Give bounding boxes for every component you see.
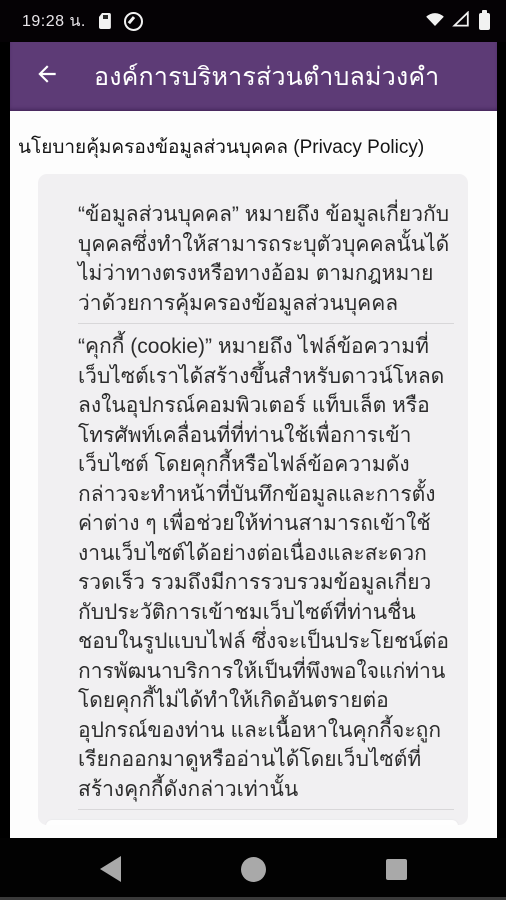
android-nav-bar bbox=[0, 838, 506, 900]
app-bar: องค์การบริหารส่วนตำบลม่วงคำ bbox=[10, 42, 497, 111]
sim-card-icon bbox=[99, 13, 111, 29]
phone-frame: 19:28 น. องค์การบริหารส่วนตำบลม่วงคำ นโย… bbox=[0, 0, 506, 900]
page-title: องค์การบริหารส่วนตำบลม่วงคำ bbox=[94, 57, 439, 97]
nav-back-button[interactable] bbox=[95, 852, 125, 886]
policy-paragraph: “คุกกี้ (cookie)” หมายถึง ไฟล์ข้อความที่… bbox=[78, 332, 454, 810]
arrow-left-icon bbox=[34, 61, 60, 92]
status-bar: 19:28 น. bbox=[0, 0, 506, 42]
nav-recents-button[interactable] bbox=[381, 852, 411, 886]
home-circle-icon bbox=[241, 857, 266, 882]
back-triangle-icon bbox=[100, 856, 121, 882]
back-button[interactable] bbox=[30, 60, 64, 94]
cell-signal-icon bbox=[452, 11, 470, 32]
policy-text-card[interactable]: “ข้อมูลส่วนบุคคล” หมายถึง ข้อมูลเกี่ยวกั… bbox=[38, 174, 468, 825]
wifi-icon bbox=[425, 11, 445, 32]
status-bar-left: 19:28 น. bbox=[22, 9, 143, 34]
content-area: นโยบายคุ้มครองข้อมูลส่วนบุคคล (Privacy P… bbox=[10, 111, 497, 838]
data-saver-icon bbox=[124, 12, 143, 31]
policy-paragraph: “ข้อมูลส่วนบุคคล” หมายถึง ข้อมูลเกี่ยวกั… bbox=[78, 200, 454, 324]
nav-home-button[interactable] bbox=[238, 852, 268, 886]
status-bar-right bbox=[425, 11, 490, 32]
recents-square-icon bbox=[386, 859, 407, 880]
next-section-box bbox=[46, 820, 458, 825]
clock: 19:28 น. bbox=[22, 9, 86, 34]
privacy-policy-heading: นโยบายคุ้มครองข้อมูลส่วนบุคคล (Privacy P… bbox=[18, 135, 497, 161]
battery-icon bbox=[479, 13, 490, 30]
